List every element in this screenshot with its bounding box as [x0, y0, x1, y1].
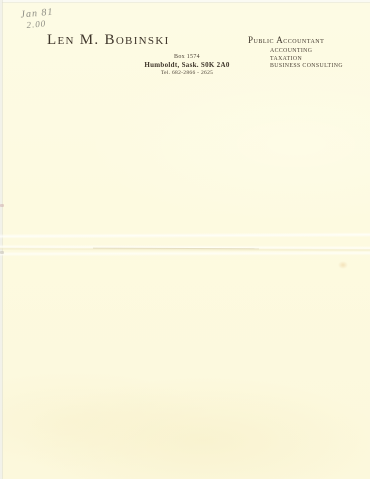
edge-mark-upper	[0, 204, 4, 207]
service-item-accounting: Accounting	[270, 48, 343, 56]
address-city-line: Humboldt, Sask. S0K 2A0	[112, 61, 262, 70]
fold-crease-upper	[0, 232, 370, 239]
edge-mark-lower	[0, 251, 4, 254]
letterhead-name: Len M. Bobinski	[47, 32, 170, 49]
scanned-letterhead-page: Jan 81 2.00 Len M. Bobinski Box 1574 Hum…	[0, 0, 370, 479]
scanner-edge-top	[0, 0, 370, 3]
service-item-business-consulting: Business Consulting	[270, 63, 343, 71]
address-tel-line: Tel. 682-2866 - 2625	[112, 70, 262, 77]
scan-smudge	[338, 261, 348, 269]
address-box-line: Box 1574	[112, 54, 262, 61]
fold-crease-lower	[0, 251, 370, 257]
scanner-edge-left	[0, 0, 3, 479]
handwritten-amount: 2.00	[26, 18, 55, 31]
services-list: Accounting Taxation Business Consulting	[270, 48, 343, 71]
letterhead-profession-block: Public Accountant Accounting Taxation Bu…	[248, 35, 343, 71]
service-item-taxation: Taxation	[270, 56, 343, 64]
handwritten-note: Jan 81 2.00	[20, 7, 55, 32]
letterhead-address-block: Box 1574 Humboldt, Sask. S0K 2A0 Tel. 68…	[112, 54, 262, 77]
profession-title: Public Accountant	[248, 35, 343, 45]
